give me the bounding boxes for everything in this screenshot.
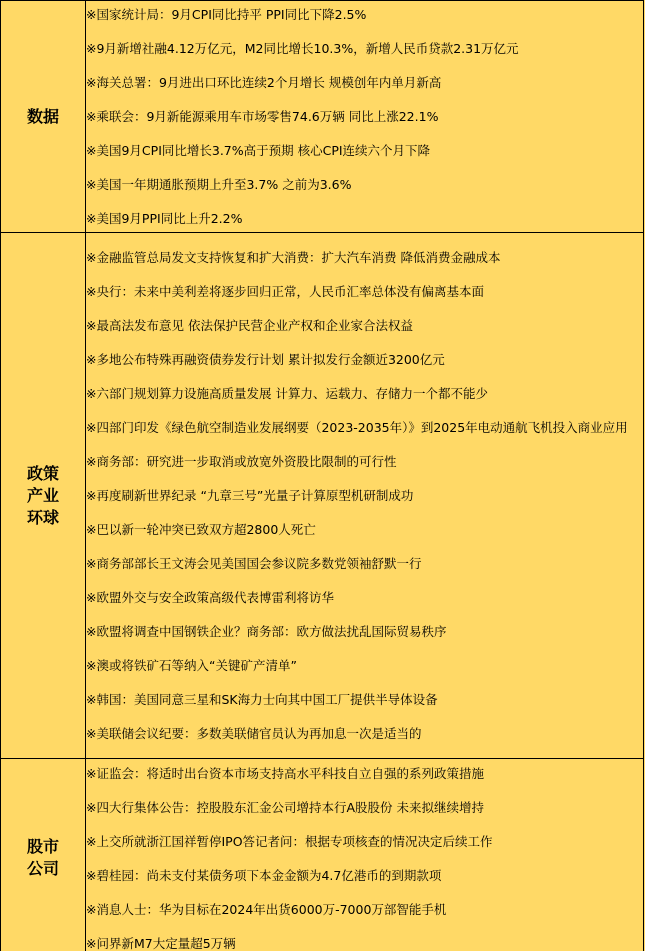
news-items: ※金融监管总局发文支持恢复和扩大消费：扩大汽车消费 降低消费金融成本 ※央行：未… — [86, 233, 644, 759]
news-item: ※问界新M7大定量超5万辆 — [86, 935, 643, 951]
news-item: ※韩国：美国同意三星和SK海力士向其中国工厂提供半导体设备 — [86, 691, 643, 708]
category-line: 政策 — [1, 463, 85, 485]
section-data: 数据 ※国家统计局：9月CPI同比持平 PPI同比下降2.5% ※9月新增社融4… — [1, 1, 644, 233]
news-item: ※四大行集体公告：控股股东汇金公司增持本行A股股份 未来拟继续增持 — [86, 799, 643, 816]
category-line: 环球 — [1, 507, 85, 529]
news-item: ※六部门规划算力设施高质量发展 计算力、运载力、存储力一个都不能少 — [86, 385, 643, 402]
category-label: 政策 产业 环球 — [1, 233, 86, 759]
news-item: ※欧盟将调查中国钢铁企业？商务部：欧方做法扰乱国际贸易秩序 — [86, 623, 643, 640]
news-item: ※央行：未来中美利差将逐步回归正常，人民币汇率总体没有偏离基本面 — [86, 283, 643, 300]
news-item: ※9月新增社融4.12万亿元，M2同比增长10.3%，新增人民币贷款2.31万亿… — [86, 40, 643, 57]
category-label: 股市 公司 — [1, 759, 86, 951]
news-item: ※金融监管总局发文支持恢复和扩大消费：扩大汽车消费 降低消费金融成本 — [86, 249, 643, 266]
news-item: ※美联储会议纪要：多数美联储官员认为再加息一次是适当的 — [86, 725, 643, 742]
news-item: ※四部门印发《绿色航空制造业发展纲要（2023-2035年）》到2025年电动通… — [86, 419, 643, 436]
news-item: ※乘联会：9月新能源乘用车市场零售74.6万辆 同比上涨22.1% — [86, 108, 643, 125]
category-label: 数据 — [1, 1, 86, 233]
news-item: ※国家统计局：9月CPI同比持平 PPI同比下降2.5% — [86, 6, 643, 23]
news-items: ※国家统计局：9月CPI同比持平 PPI同比下降2.5% ※9月新增社融4.12… — [86, 1, 644, 233]
news-item: ※消息人士：华为目标在2024年出货6000万-7000万部智能手机 — [86, 901, 643, 918]
category-line: 数据 — [1, 106, 85, 128]
news-item: ※欧盟外交与安全政策高级代表博雷利将访华 — [86, 589, 643, 606]
category-line: 公司 — [1, 858, 85, 880]
news-item: ※美国9月CPI同比增长3.7%高于预期 核心CPI连续六个月下降 — [86, 142, 643, 159]
news-item: ※美国9月PPI同比上升2.2% — [86, 210, 643, 227]
news-item: ※商务部部长王文涛会见美国国会参议院多数党领袖舒默一行 — [86, 555, 643, 572]
news-item: ※巴以新一轮冲突已致双方超2800人死亡 — [86, 521, 643, 538]
news-item: ※再度刷新世界纪录 “九章三号”光量子计算原型机研制成功 — [86, 487, 643, 504]
news-summary-table: 数据 ※国家统计局：9月CPI同比持平 PPI同比下降2.5% ※9月新增社融4… — [0, 0, 644, 951]
category-line: 产业 — [1, 485, 85, 507]
category-line: 股市 — [1, 836, 85, 858]
news-item: ※上交所就浙江国祥暂停IPO答记者问：根据专项核查的情况决定后续工作 — [86, 833, 643, 850]
section-stock-market-companies: 股市 公司 ※证监会：将适时出台资本市场支持高水平科技自立自强的系列政策措施 ※… — [1, 759, 644, 951]
news-item: ※商务部：研究进一步取消或放宽外资股比限制的可行性 — [86, 453, 643, 470]
news-item: ※海关总署：9月进出口环比连续2个月增长 规模创年内单月新高 — [86, 74, 643, 91]
news-item: ※多地公布特殊再融资债券发行计划 累计拟发行金额近3200亿元 — [86, 351, 643, 368]
news-item: ※最高法发布意见 依法保护民营企业产权和企业家合法权益 — [86, 317, 643, 334]
news-items: ※证监会：将适时出台资本市场支持高水平科技自立自强的系列政策措施 ※四大行集体公… — [86, 759, 644, 951]
news-item: ※澳或将铁矿石等纳入“关键矿产清单” — [86, 657, 643, 674]
news-item: ※证监会：将适时出台资本市场支持高水平科技自立自强的系列政策措施 — [86, 765, 643, 782]
news-item: ※美国一年期通胀预期上升至3.7% 之前为3.6% — [86, 176, 643, 193]
section-policy-industry-global: 政策 产业 环球 ※金融监管总局发文支持恢复和扩大消费：扩大汽车消费 降低消费金… — [1, 233, 644, 759]
news-item: ※碧桂园：尚未支付某债务项下本金金额为4.7亿港币的到期款项 — [86, 867, 643, 884]
